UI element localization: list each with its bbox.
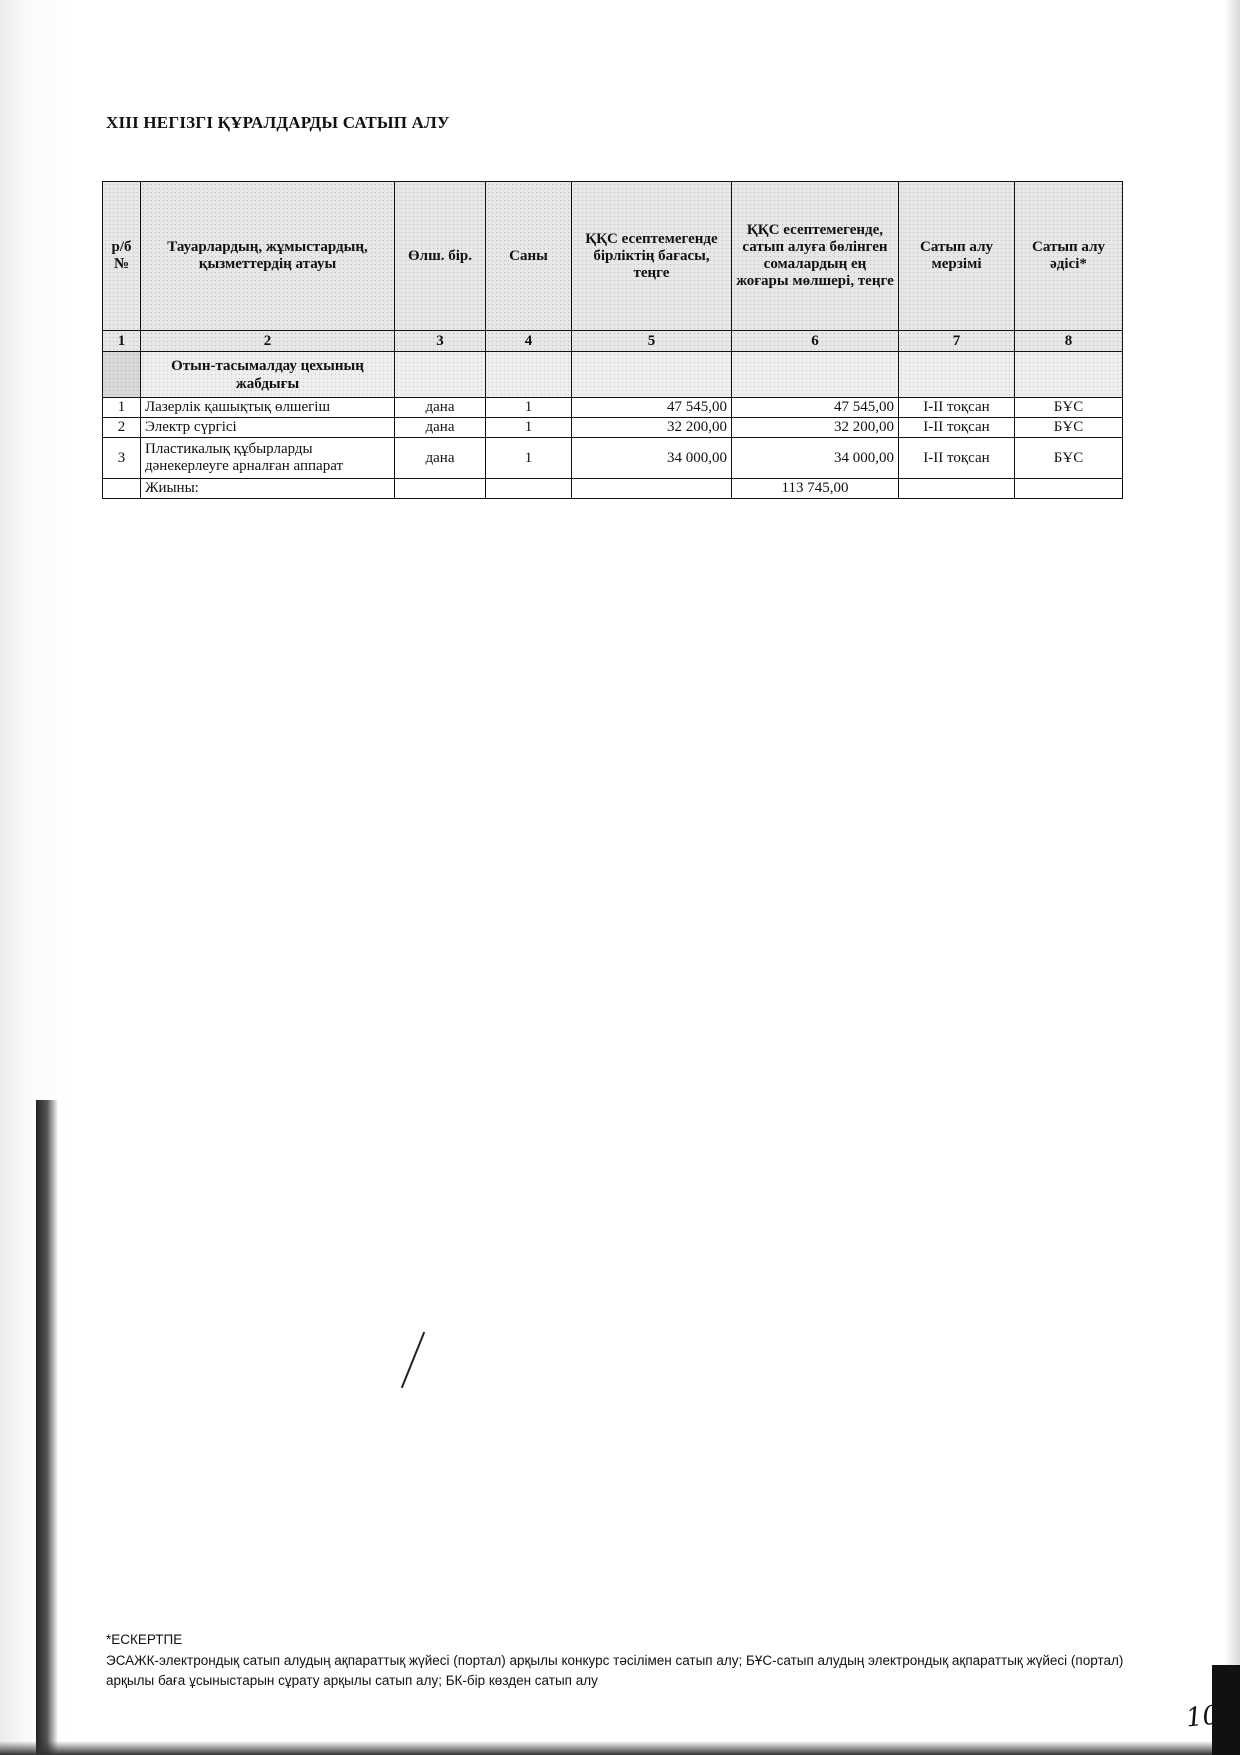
row-name: Электр сүргісі [141, 418, 395, 438]
row-unit-price: 34 000,00 [572, 438, 732, 479]
row-method: БҰС [1015, 398, 1123, 418]
header-qty: Саны [486, 182, 572, 331]
total-amount: 113 745,00 [732, 479, 899, 499]
row-qty: 1 [486, 398, 572, 418]
handwritten-page-number: 10 [1185, 1700, 1221, 1733]
total-label: Жиыны: [141, 479, 395, 499]
section-title: XIII НЕГІЗГІ ҚҰРАЛДАРДЫ САТЫП АЛУ [106, 113, 450, 133]
row-name: Лазерлік қашықтық өлшегіш [141, 398, 395, 418]
footnote-label: *ЕСКЕРТПЕ [106, 1632, 182, 1647]
header-unit: Өлш. бір. [395, 182, 486, 331]
row-unit: дана [395, 438, 486, 479]
column-number: 2 [141, 331, 395, 352]
scan-binding-shadow [36, 1100, 58, 1755]
scan-right-edge [1224, 0, 1240, 1755]
scan-left-edge [0, 0, 70, 1755]
row-no: 3 [103, 438, 141, 479]
header-period: Сатып алу мерзімі [899, 182, 1015, 331]
row-period: I-II тоқсан [899, 398, 1015, 418]
column-number: 8 [1015, 331, 1123, 352]
column-number: 4 [486, 331, 572, 352]
column-number: 7 [899, 331, 1015, 352]
row-max-amount: 47 545,00 [732, 398, 899, 418]
header-row: р/б № Тауарлардың, жұмыстардың, қызметте… [103, 182, 1123, 331]
header-method: Сатып алу әдісі* [1015, 182, 1123, 331]
row-no: 1 [103, 398, 141, 418]
column-number: 3 [395, 331, 486, 352]
column-number-row: 1 2 3 4 5 6 7 8 [103, 331, 1123, 352]
row-period: I-II тоқсан [899, 418, 1015, 438]
column-number: 1 [103, 331, 141, 352]
table-row: 2 Электр сүргісі дана 1 32 200,00 32 200… [103, 418, 1123, 438]
row-unit: дана [395, 418, 486, 438]
row-method: БҰС [1015, 418, 1123, 438]
section-row: Отын-тасымалдау цехының жабдығы [103, 352, 1123, 398]
row-max-amount: 34 000,00 [732, 438, 899, 479]
column-number: 6 [732, 331, 899, 352]
header-name: Тауарлардың, жұмыстардың, қызметтердің а… [141, 182, 395, 331]
procurement-table: р/б № Тауарлардың, жұмыстардың, қызметте… [102, 181, 1123, 499]
table-row: 1 Лазерлік қашықтық өлшегіш дана 1 47 54… [103, 398, 1123, 418]
row-qty: 1 [486, 438, 572, 479]
row-qty: 1 [486, 418, 572, 438]
header-max-amount: ҚҚС есептемегенде, сатып алуға бөлінген … [732, 182, 899, 331]
row-unit-price: 32 200,00 [572, 418, 732, 438]
pen-mark [401, 1332, 425, 1388]
scan-bottom-edge [0, 1741, 1240, 1755]
total-row: Жиыны: 113 745,00 [103, 479, 1123, 499]
row-period: I-II тоқсан [899, 438, 1015, 479]
row-no: 2 [103, 418, 141, 438]
header-no: р/б № [103, 182, 141, 331]
column-number: 5 [572, 331, 732, 352]
row-method: БҰС [1015, 438, 1123, 479]
row-unit: дана [395, 398, 486, 418]
row-unit-price: 47 545,00 [572, 398, 732, 418]
row-max-amount: 32 200,00 [732, 418, 899, 438]
header-unit-price: ҚҚС есептемегенде бірліктің бағасы, теңг… [572, 182, 732, 331]
table-row: 3 Пластикалық құбырларды дәнекерлеуге ар… [103, 438, 1123, 479]
section-title-cell: Отын-тасымалдау цехының жабдығы [141, 352, 395, 398]
row-name: Пластикалық құбырларды дәнекерлеуге арна… [141, 438, 395, 479]
footnote-text: ЭСАЖК-электрондық сатып алудың ақпаратты… [106, 1651, 1126, 1691]
